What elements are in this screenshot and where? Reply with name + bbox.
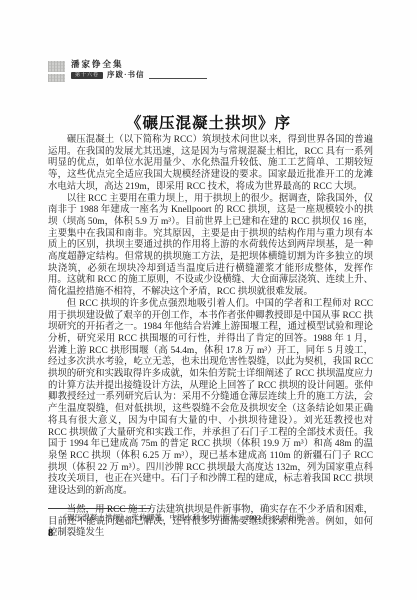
page-number: 8 [48, 528, 53, 539]
paragraph-2: 以往 RCC 主要用在重力坝上，用于拱坝上的很少。据调查，除我国外，仅南非于 1… [48, 194, 373, 299]
book-page: 潘家铮全集 第十六卷 序跋·书信 《碾压混凝土拱坝》序 碾压混凝土（以下简称为 … [0, 0, 417, 600]
series-title: 潘家铮全集 [71, 60, 207, 69]
preface-body: 碾压混凝土（以下简称为 RCC）筑坝技术问世以来，得到世界各国的普遍运用。在我国… [48, 135, 373, 540]
paragraph-3: 但 RCC 拱坝的许多优点强烈地吸引着人们。中国的学者和工程师对 RCC 用于拱… [48, 299, 373, 498]
volume-badge: 第十六卷 [71, 72, 103, 79]
header-rule [149, 71, 207, 79]
footnote-divider [48, 508, 151, 509]
volume-subtitle: 序跋·书信 [107, 71, 145, 79]
paragraph-1: 碾压混凝土（以下简称为 RCC）筑坝技术问世以来，得到世界各国的普遍运用。在我国… [48, 135, 373, 194]
footnote-area: 《碾压混凝土拱坝》，张仲卿著，中国水利水电出版社，2002 年 12 月出版。 [48, 508, 373, 522]
series-seal-icon [48, 60, 65, 82]
page-title: 《碾压混凝土拱坝》序 [0, 111, 417, 133]
footnote-text: 《碾压混凝土拱坝》，张仲卿著，中国水利水电出版社，2002 年 12 月出版。 [48, 513, 373, 522]
running-head: 潘家铮全集 第十六卷 序跋·书信 [48, 60, 207, 82]
